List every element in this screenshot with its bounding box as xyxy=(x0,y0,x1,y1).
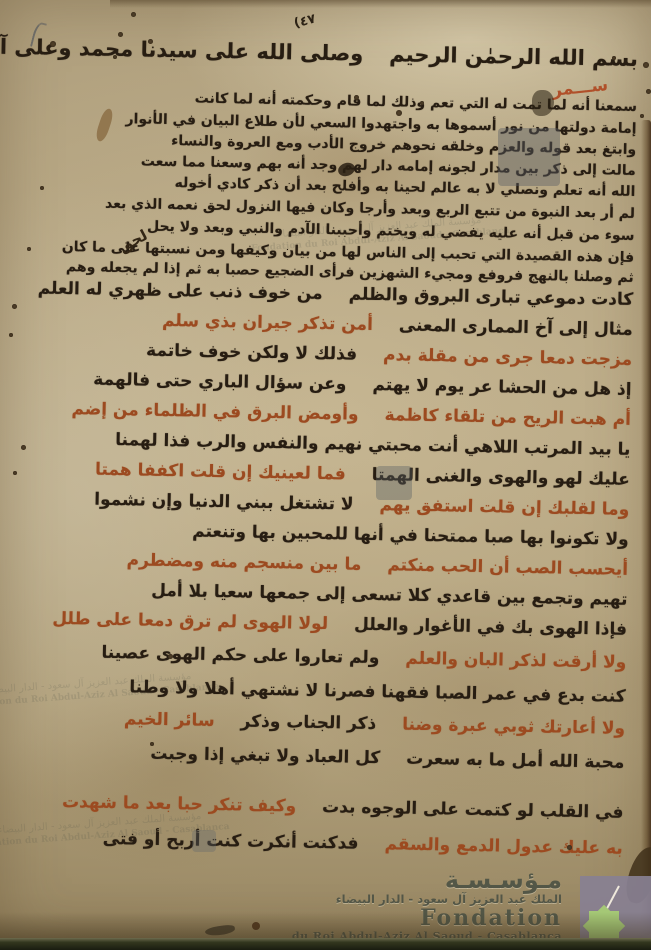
text-segment: لولا الهوى لم ترق دمعا على طلل xyxy=(52,610,328,634)
wormhole xyxy=(354,95,359,100)
book-gutter-edge xyxy=(641,120,651,935)
text-segment: كنت بدع في عمر الصبا فقهنا فصرنا لا نشته… xyxy=(129,678,626,706)
wormhole xyxy=(168,654,173,659)
manuscript-line: إذ هل من الحشا عر يوم لا يهتموعن سؤال ال… xyxy=(93,371,632,400)
text-segment: فدكنت أنكرت كنت أربح أو فتى xyxy=(103,830,359,854)
manuscript-line: الله أنه تعلم ونصلي لا به عالم لحينا به … xyxy=(174,176,635,200)
text-segment: أيحسب الصب أن الحب منكتم xyxy=(387,556,628,579)
text-segment: تهيم وتجمع بين قاعدي كلا تسعى إلى جمعها … xyxy=(151,582,628,610)
text-segment: من خوف ذنب على ظهري له العلم xyxy=(38,280,323,304)
manuscript-line: ولا تكونوا بها صبا ممتحنا في أنها للمحبي… xyxy=(192,523,629,550)
wormhole xyxy=(27,247,31,251)
text-segment: لا تشتغل ببني الدنيا وإن نشموا xyxy=(94,491,354,515)
wormhole xyxy=(420,101,424,105)
text-segment: يا بيد المرتب اللاهي أنت محبتي نهيم والن… xyxy=(115,431,630,460)
ink-smudge xyxy=(192,830,216,852)
manuscript-line: أم هبت الريح من تلقاء كاظمةوأومض البرق ف… xyxy=(71,400,631,429)
text-segment: وصلى الله على سيدنا محمد وعلى آله xyxy=(0,35,364,65)
text-segment: ما بين منسجم منه ومضطرم xyxy=(126,551,361,574)
wormhole xyxy=(40,186,44,190)
text-segment: ولا أعارتك ثوبي عبرة وضنا xyxy=(402,716,625,739)
text-segment: وأومض البرق في الظلماء من إضم xyxy=(71,400,358,424)
wormhole xyxy=(640,114,644,118)
text-segment: وعن سؤال الباري حتى فالهمة xyxy=(93,371,347,395)
wormhole xyxy=(396,110,402,116)
text-segment: ولا أرقت لذكر البان والعلم xyxy=(405,650,626,673)
manuscript-line: مزجت دمعا جرى من مقلة بدمفذلك لا ولكن خو… xyxy=(146,342,632,370)
manuscript-line: ولا أعارتك ثوبي عبرة وضناذكر الجناب وذكر… xyxy=(124,710,625,738)
text-segment: فذلك لا ولكن خوف خاتمة xyxy=(146,342,357,365)
text-segment: مزجت دمعا جرى من مقلة بدم xyxy=(383,346,632,369)
wormhole xyxy=(612,56,616,60)
stamp-arabic-subtitle: الملك عبد العزيز آل سعود - الدار البيضاء xyxy=(292,894,562,906)
text-segment: فما لعينيك إن قلت اكففا همتا xyxy=(95,461,346,484)
manuscript-line: سوء من قبل أنه عليه يفضي له ويختم وأحببن… xyxy=(147,220,635,245)
text-segment: ولم تعاروا على حكم الهوى عصينا xyxy=(101,644,379,668)
text-segment: مثال إلى آخ الممارى المعنى xyxy=(399,316,633,339)
manuscript-line: بسم الله الرحمٰن الرحيموصلى الله على سيد… xyxy=(0,35,638,71)
manuscript-page: مؤسسة الملك عبد العزيز آل سعود - الدار ا… xyxy=(0,0,651,950)
wormhole xyxy=(113,55,117,59)
ink-smudge xyxy=(376,466,412,500)
wormhole xyxy=(643,62,649,68)
text-segment: ذكر الجناب وذكر xyxy=(240,712,376,733)
manuscript-line: مثال إلى آخ الممارى المعنىأمن تذكر جيران… xyxy=(162,312,633,340)
text-segment: أمن تذكر جيران بذي سلم xyxy=(162,312,373,335)
text-segment: محبة الله أمل ما به سعرت xyxy=(406,750,625,773)
wormhole xyxy=(150,742,154,746)
text-segment: وما لقلبك إن قلت استفق يهم xyxy=(379,496,629,519)
ink-smudge xyxy=(498,128,560,186)
manuscript-line: في القلب لو كتمت على الوجوه بدتوكيف تنكر… xyxy=(62,793,624,822)
manuscript-line: به عليك عدول الدمع والسقمفدكنت أنكرت كنت… xyxy=(103,830,623,859)
text-segment: سائر الخيم xyxy=(124,710,215,730)
text-segment: في القلب لو كتمت على الوجوه بدت xyxy=(322,798,624,822)
wormhole xyxy=(13,471,17,475)
wormhole xyxy=(21,445,26,450)
wormhole xyxy=(131,12,136,17)
text-segment: الله أنه تعلم ونصلي لا به عالم لحينا به … xyxy=(174,176,635,200)
stamp-arabic-title: مـؤسـسـة xyxy=(292,868,562,892)
wormhole xyxy=(12,304,17,309)
manuscript-line: وما لقلبك إن قلت استفق يهملا تشتغل ببني … xyxy=(94,491,629,520)
scan-bottom-band xyxy=(0,938,651,950)
bottom-page-shadow xyxy=(0,912,651,938)
text-segment: إذ هل من الحشا عر يوم لا يهتم xyxy=(372,376,631,400)
text-segment: فإذا الهوى بك في الأغوار والعلل xyxy=(354,616,627,640)
text-segment: وكيف تنكر حبا بعد ما شهدت xyxy=(62,793,296,816)
manuscript-line: محبة الله أمل ما به سعرتكل العباد ولا تب… xyxy=(150,745,624,773)
wormhole xyxy=(118,32,123,37)
text-segment: ولا تكونوا بها صبا ممتحنا في أنها للمحبي… xyxy=(192,523,629,550)
manuscript-line: فإذا الهوى بك في الأغوار والعلللولا الهو… xyxy=(52,610,627,640)
text-segment: سوء من قبل أنه عليه يفضي له ويختم وأحببن… xyxy=(147,220,635,245)
manuscript-line: عليك لهو والهوى والغنى الهمتافما لعينيك … xyxy=(95,461,630,490)
text-segment: أم هبت الريح من تلقاء كاظمة xyxy=(384,406,631,429)
wormhole xyxy=(9,333,13,337)
manuscript-line: ولا أرقت لذكر البان والعلمولم تعاروا على… xyxy=(101,644,626,673)
manuscript-line: تهيم وتجمع بين قاعدي كلا تسعى إلى جمعها … xyxy=(151,582,628,610)
text-segment: بسم الله الرحمٰن الرحيم xyxy=(389,43,638,71)
wormhole xyxy=(567,845,572,850)
text-segment: به عليك عدول الدمع والسقم xyxy=(384,835,623,858)
manuscript-line: كنت بدع في عمر الصبا فقهنا فصرنا لا نشته… xyxy=(129,678,626,706)
text-segment: كل العباد ولا تبغي إذا وجبت xyxy=(150,745,380,768)
text-block: بسم الله الرحمٰن الرحيموصلى الله على سيد… xyxy=(94,0,643,950)
text-segment: كادت دموعي تبارى البروق والظلم xyxy=(348,285,633,309)
manuscript-line: أيحسب الصب أن الحب منكتمما بين منسجم منه… xyxy=(126,551,628,579)
wormhole xyxy=(646,89,651,94)
wormhole xyxy=(50,41,56,47)
manuscript-line: يا بيد المرتب اللاهي أنت محبتي نهيم والن… xyxy=(115,431,630,460)
wormhole xyxy=(148,39,153,44)
